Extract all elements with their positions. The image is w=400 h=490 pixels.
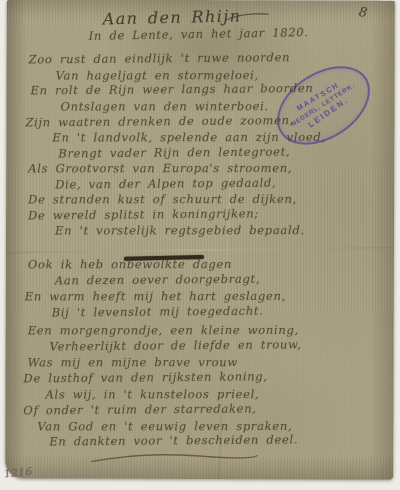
poem-line: En warm heeft mij het hart geslagen, (25, 289, 286, 303)
poem-line: Ontslagen van den winterboei. (60, 99, 268, 113)
poem-line: De stranden kust of schuurt de dijken, (28, 192, 297, 206)
poem-line: En dankten voor 't bescheiden deel. (49, 432, 298, 448)
poem-line: Brengt vader Rijn den lentegroet, (58, 144, 290, 160)
poem-line: En 't landvolk, spelende aan zijn vloed, (52, 130, 325, 144)
poem-line: De wereld splitst in koningrijken; (28, 206, 259, 222)
poem-line: Een morgengrondje, een kleine woning, (28, 323, 299, 337)
poem-title: Aan den Rhijn (103, 6, 242, 28)
poem-line: Aan dezen oever doorgebragt, (55, 272, 260, 288)
poem-line: De lusthof van den rijksten koning, (23, 369, 267, 385)
manuscript-paper: Aan den Rhijn In de Lente, van het jaar … (5, 0, 395, 480)
poem-line: Ook ik heb onbewolkte dagen (28, 257, 232, 271)
poem-line: Was mij en mijne brave vrouw (28, 355, 238, 369)
manuscript-scan: Aan den Rhijn In de Lente, van het jaar … (0, 0, 400, 490)
poem-line: Als Grootvorst van Europa's stroomen, (28, 161, 292, 175)
poem-line: Die, van der Alpen top gedaald, (55, 176, 276, 192)
poem-line: Bij 't levenslot mij toegedacht. (52, 304, 264, 320)
poem-line: En 't vorstelijk regtsgebied bepaald. (55, 223, 305, 237)
poem-line: Van hageljagt en stormgeloei, (56, 68, 259, 82)
page-number: 8 (358, 5, 369, 21)
paper-crease (6, 246, 394, 253)
poem-line: Van God en 't eeuwig leven spraken, (37, 419, 292, 433)
poem-line: Zoo rust dan eindlijk 't ruwe noorden (29, 50, 291, 66)
poem-line: En rolt de Rijn weer langs haar boorden (30, 81, 313, 97)
poem-line: Als wij, in 't kunsteloos prieel, (45, 387, 259, 401)
poem-line: Of onder 't ruim der starredaken, (23, 401, 256, 417)
poem-line: Zijn waatren drenken de oude zoomen, (25, 113, 294, 129)
poem-line: Verheerlijkt door de liefde en trouw, (50, 337, 302, 353)
poem-subtitle: In de Lente, van het jaar 1820. (89, 25, 309, 43)
title-flourish (225, 10, 271, 22)
stanza-divider-flourish (89, 450, 259, 467)
